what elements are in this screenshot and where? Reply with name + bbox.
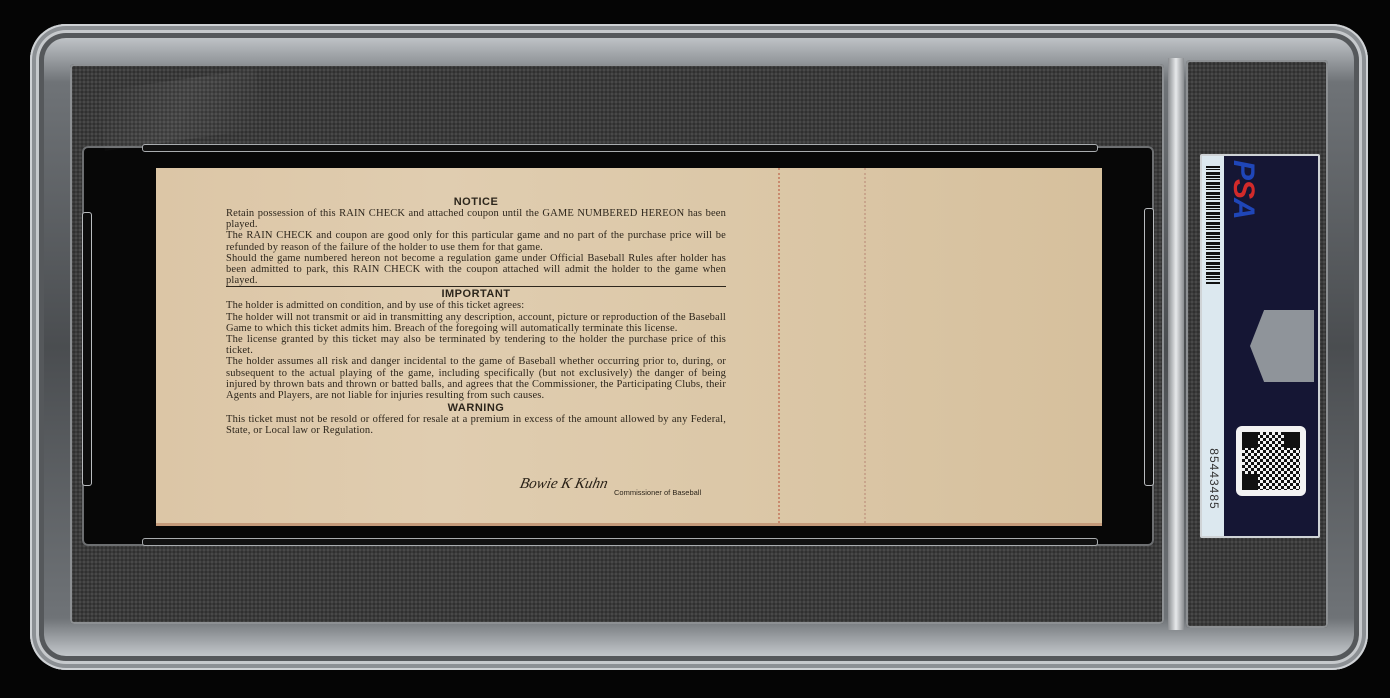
holder-rail-left [82, 212, 92, 486]
holder-rail-right [1144, 208, 1154, 486]
warning-paragraph: This ticket must not be resold or offere… [226, 414, 726, 436]
psa-logo: PSA [1226, 160, 1260, 219]
slab-divider [1168, 58, 1184, 630]
rain-check-ticket: NOTICE Retain possession of this RAIN CH… [156, 168, 1102, 526]
important-heading: IMPORTANT [226, 288, 726, 300]
notice-heading: NOTICE [226, 196, 726, 208]
important-paragraph: The holder is admitted on condition, and… [226, 300, 726, 311]
important-paragraph: The holder assumes all risk and danger i… [226, 356, 726, 401]
psa-logo-badge [1250, 310, 1314, 382]
notice-paragraph-underlined: Should the game numbered hereon not beco… [226, 253, 726, 288]
important-paragraph: The license granted by this ticket may a… [226, 334, 726, 356]
important-paragraph: The holder will not transmit or aid in t… [226, 312, 726, 334]
notice-paragraph: The RAIN CHECK and coupon are good only … [226, 230, 726, 252]
barcode-icon [1206, 166, 1220, 284]
qr-code-icon[interactable] [1236, 426, 1306, 496]
holder-rail-bottom [142, 538, 1098, 546]
signature-title: Commissioner of Baseball [614, 488, 701, 497]
perforation-line [864, 168, 866, 523]
label-strip: 85443485 [1202, 156, 1224, 536]
perforation-line [778, 168, 780, 523]
commissioner-signature-block: Bowie K Kuhn Commissioner of Baseball [512, 476, 752, 502]
cert-number: 85443485 [1207, 439, 1221, 519]
signature: Bowie K Kuhn [518, 476, 609, 493]
ticket-terms: NOTICE Retain possession of this RAIN CH… [226, 195, 726, 437]
holder-rail-top [142, 144, 1098, 152]
notice-paragraph: Retain possession of this RAIN CHECK and… [226, 208, 726, 230]
warning-heading: WARNING [226, 402, 726, 414]
psa-label: 85443485 PSA [1200, 154, 1320, 538]
